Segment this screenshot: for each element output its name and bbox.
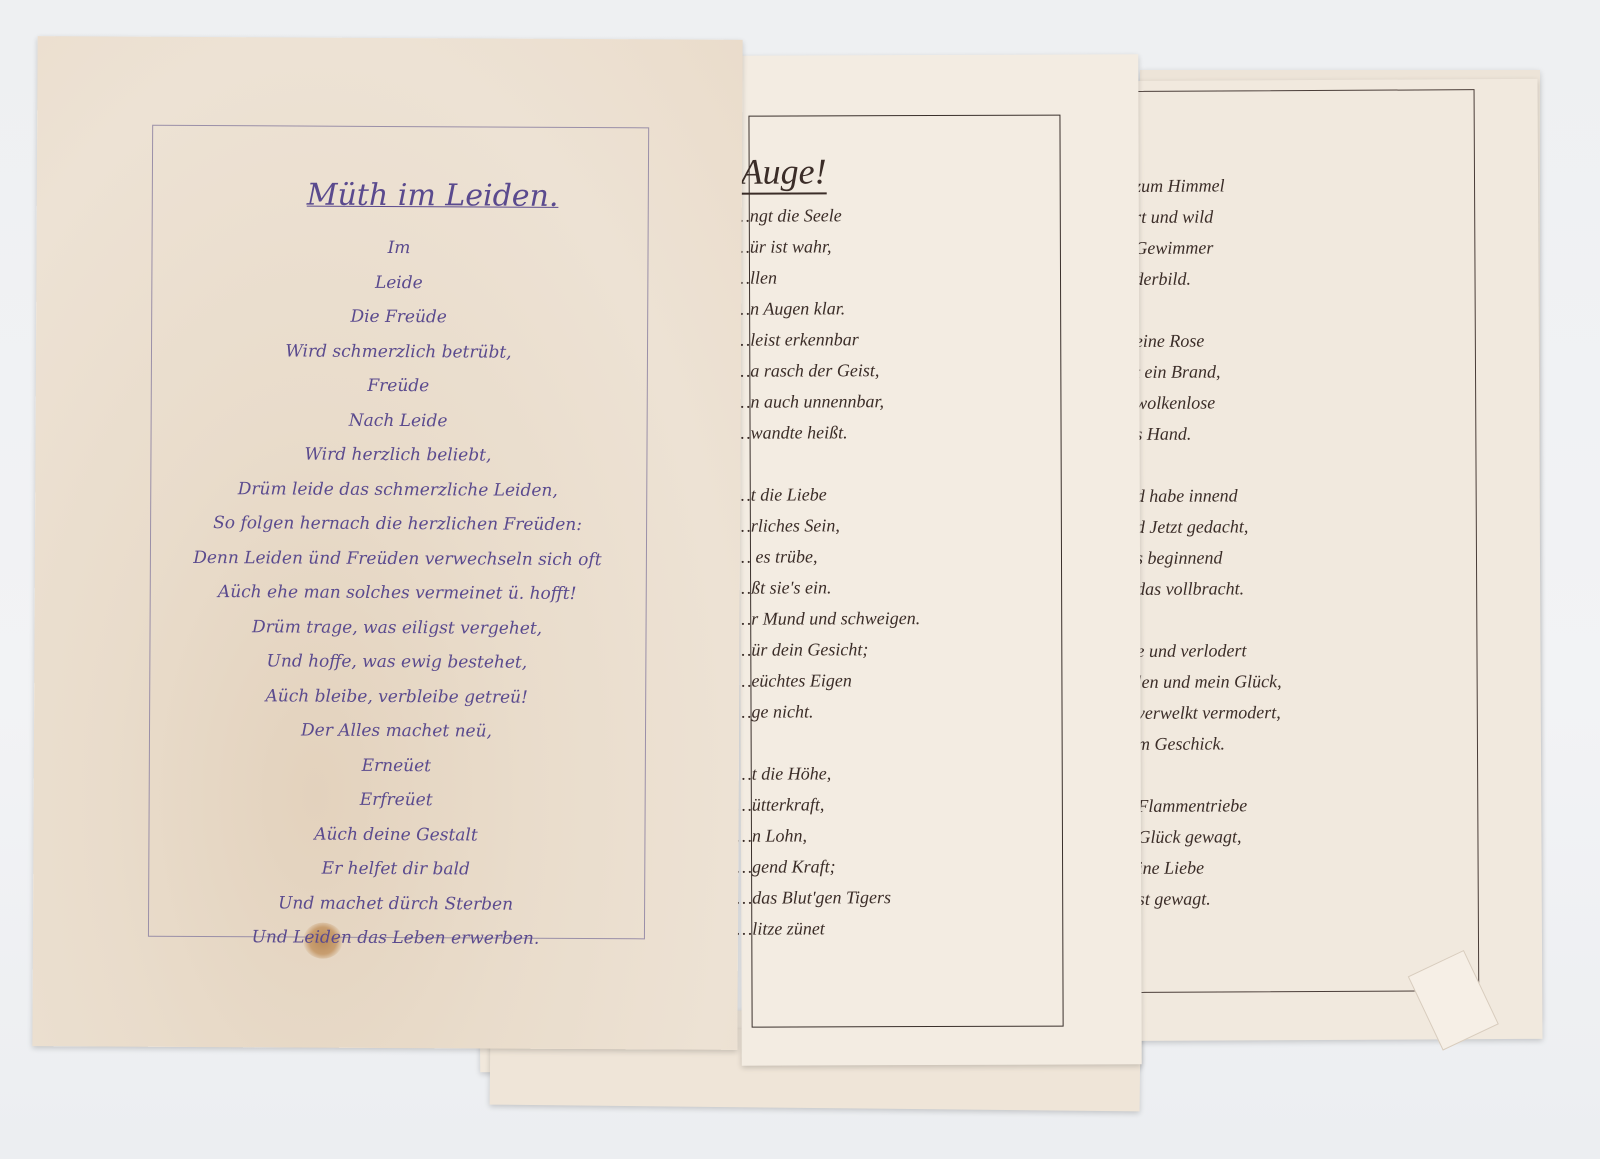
poem-line: Drüm trage, was eiligst vergehet, [150, 616, 645, 639]
poem-title: Müth im Leiden. [307, 178, 559, 214]
poem-line: …t die Liebe [735, 484, 827, 505]
poem-line: …ngt die Seele [734, 205, 842, 226]
poem-line: Der Alles machet neü, [149, 720, 644, 743]
poem-line: Er helfet dir bald [148, 858, 643, 881]
poem-line: …das Blut'gen Tigers [736, 887, 891, 909]
poem-line: Im [151, 237, 646, 260]
poem-line: …ür dein Gesicht; [735, 639, 868, 660]
poem-line: Freüde [151, 375, 646, 398]
poem-line: …rliches Sein, [735, 515, 840, 536]
manuscript-sheet-3: …zum Himmel…rt und wild…Gewimmer…derbild… [1087, 79, 1542, 1041]
poem-line: …wandte heißt. [735, 422, 848, 443]
poem-line: …gend Kraft; [736, 856, 836, 877]
poem-line: So folgen hernach die herzlichen Freüden… [150, 513, 645, 536]
poem-line: Wird schmerzlich betrübt, [151, 340, 646, 363]
poem-line: … es trübe, [735, 546, 818, 567]
poem-line: Leide [151, 271, 646, 294]
poem-line: Und machet dürch Sterben [148, 892, 643, 915]
poem-line: …t die Höhe, [736, 763, 832, 784]
poem-line: …ütterkraft, [736, 794, 825, 815]
poem-line: …r Mund und schweigen. [735, 608, 920, 630]
poem-line: …eüchtes Eigen [735, 670, 852, 691]
poem-line: …n Augen klar. [734, 298, 845, 319]
poem-line: Wird herzlich beliebt, [150, 444, 645, 467]
poem-line: Aüch bleibe, verbleibe getreü! [149, 685, 644, 708]
poem-line: …ßt sie's ein. [735, 577, 831, 598]
poem-line: …a rasch der Geist, [734, 360, 879, 382]
poem-line: …n auch unnennbar, [734, 391, 884, 413]
poem-line: …ge nicht. [735, 701, 813, 722]
poem-line: Drüm leide das schmerzliche Leiden, [150, 478, 645, 501]
poem-line: …litze zünet [736, 918, 825, 939]
poem-text: …ngt die Seele…ür ist wahr,…llen…n Augen… [738, 54, 1138, 55]
poem-line: Denn Leiden ünd Freüden verwechseln sich… [150, 547, 645, 570]
poem-line: Und hoffe, was ewig bestehet, [149, 651, 644, 674]
poem-line: …leist erkennbar [734, 329, 859, 350]
poem-line: Aüch ehe man solches vermeinet ü. hofft! [150, 582, 645, 605]
poem-line: Aüch deine Gestalt [148, 823, 643, 846]
poem-line: Die Freüde [151, 306, 646, 329]
poem-line: …verwelkt vermodert, [1121, 702, 1281, 724]
poem-line: …ür ist wahr, [734, 236, 832, 257]
poem-line: …len und mein Glück, [1121, 671, 1282, 693]
manuscript-sheet-2: …Auge! …ngt die Seele…ür ist wahr,…llen…… [738, 54, 1142, 1065]
poem-line: Erneüet [149, 754, 644, 777]
poem-text: ImLeideDie FreüdeWird schmerzlich betrüb… [38, 36, 743, 40]
poem-line: Nach Leide [151, 409, 646, 432]
poem-line: Erfreüet [149, 789, 644, 812]
poem-line: …n Lohn, [736, 825, 807, 846]
poem-line: Und Leiden das Leben erwerben. [148, 927, 643, 950]
manuscript-sheet-1: Müth im Leiden. ImLeideDie FreüdeWird sc… [32, 36, 742, 1050]
